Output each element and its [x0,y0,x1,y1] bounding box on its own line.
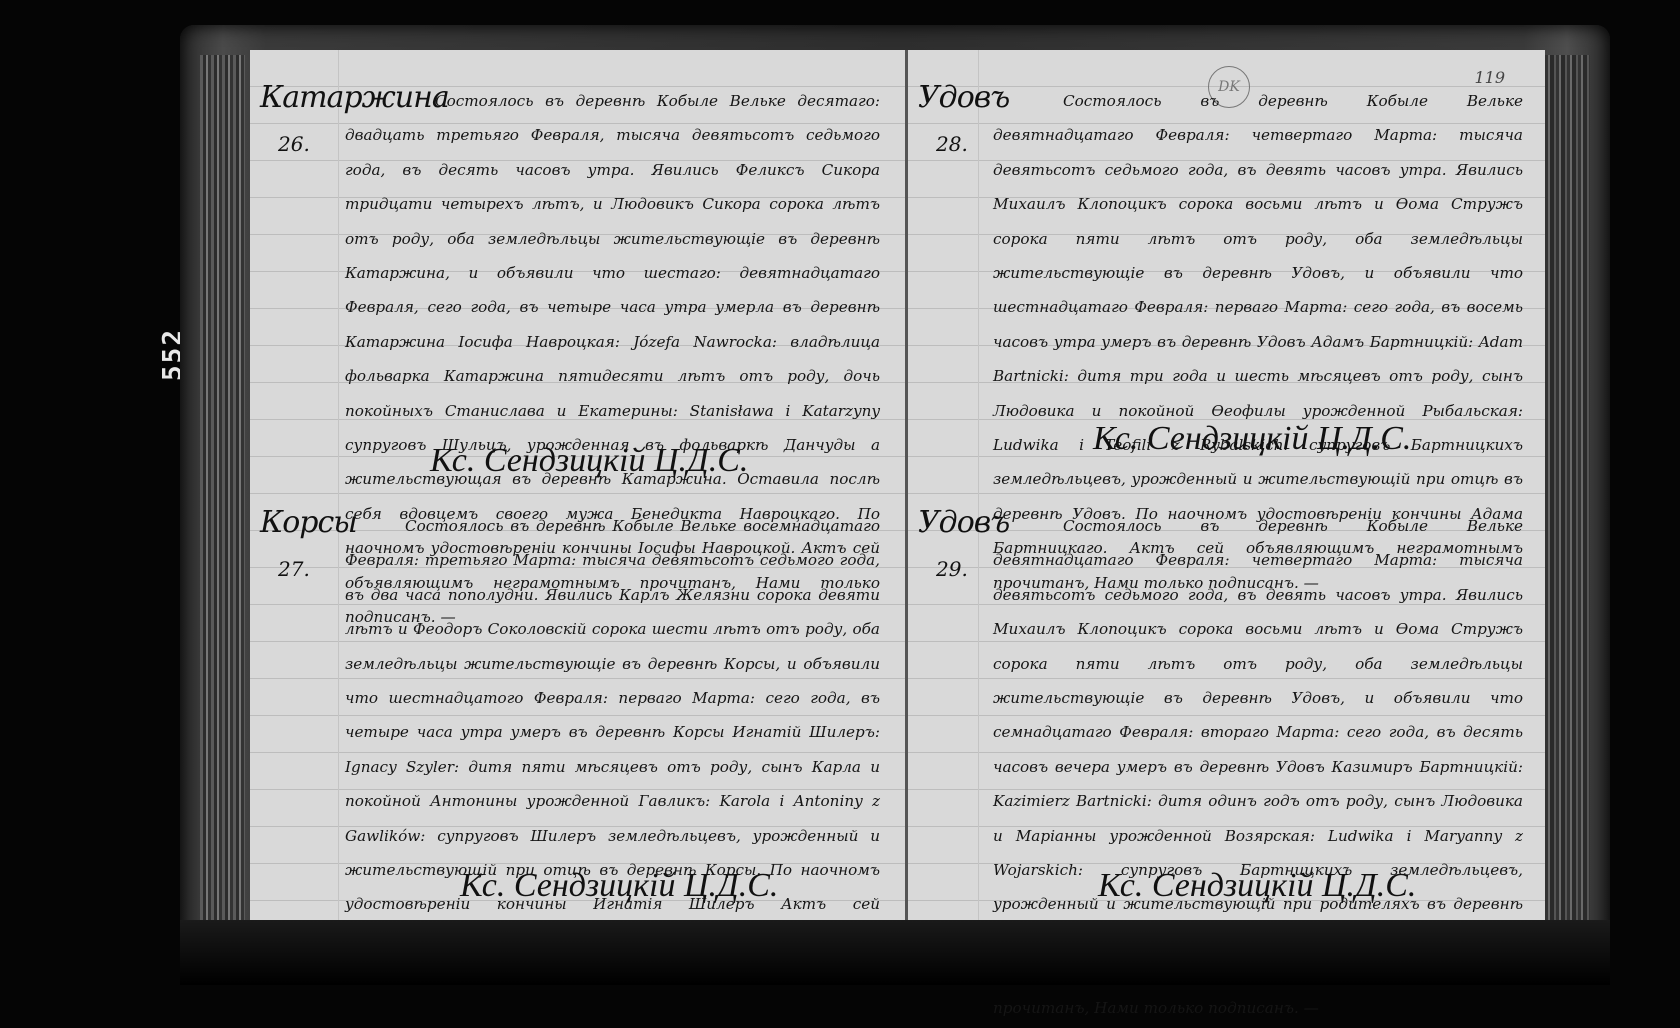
margin-rule [338,50,339,920]
entry-place-name: Корсы [260,505,357,540]
entry-number: 26. [278,132,310,156]
priest-signature: Кс. Сендзицкій Ц.Д.С. [430,442,748,480]
priest-signature: Кс. Сендзицкій Ц.Д.С. [460,867,778,905]
entry-number: 28. [936,132,968,156]
entry-text: Состоялось въ деревнѣ Кобыле Вельке восе… [345,509,880,991]
page-edges-left [200,55,245,925]
right-page: DK 119 Удовъ 28. Состоялось въ деревнѣ К… [908,50,1545,920]
book-bottom-edge [180,920,1610,985]
margin-rule [978,50,979,920]
entry-number: 27. [278,557,310,581]
entry-number: 29. [936,557,968,581]
priest-signature: Кс. Сендзицкій Ц.Д.С. [1098,867,1416,905]
left-page: Катаржина 26. Состоялось въ деревнѣ Кобы… [250,50,905,920]
page-edges-right [1545,55,1590,925]
priest-signature: Кс. Сендзицкій Ц.Д.С. [1093,420,1411,458]
